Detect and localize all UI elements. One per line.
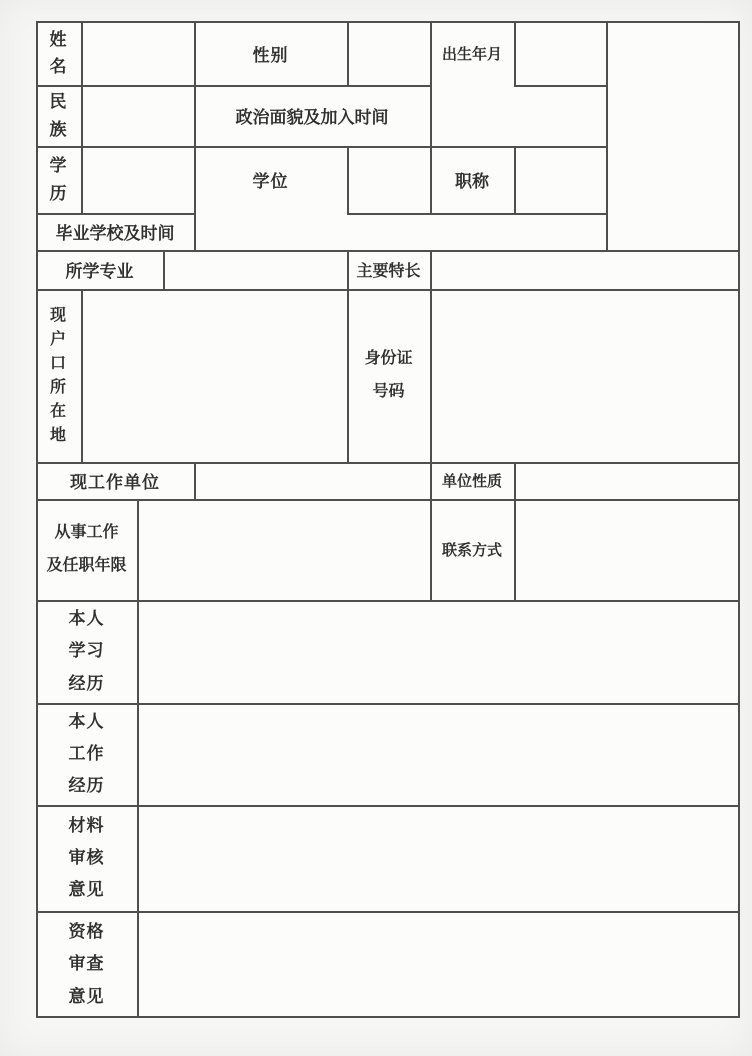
study-experience-label: 本人 学习 经历 [36,600,137,703]
birth-date-value-cell[interactable] [514,21,606,85]
employer-value-cell[interactable] [194,462,430,499]
professional-title-label: 职称 [430,146,514,213]
id-number-label: 身份证 号码 [347,289,430,462]
contact-value-cell[interactable] [514,499,740,600]
material-review-value-cell[interactable] [137,805,740,911]
graduation-school-label: 毕业学校及时间 [36,213,194,250]
education-label: 学 历 [36,146,81,213]
political-status-label: 政治面貌及加入时间 [194,85,430,146]
employer-type-value-cell[interactable] [514,462,740,499]
work-tenure-value-cell[interactable] [137,499,430,600]
specialty-value-cell[interactable] [430,250,740,289]
political-status-value-cell[interactable] [430,85,606,146]
specialty-label: 主要特长 [347,250,430,289]
gender-value-cell[interactable] [347,21,430,85]
photo-box[interactable] [606,21,740,250]
form-page: 姓 名 性别 出生年月 民 族 政治面貌及加入时间 学 历 学位 职称 毕业学校… [0,0,752,1056]
work-experience-label: 本人 工作 经历 [36,703,137,805]
qualification-review-label: 资格 审查 意见 [36,911,137,1018]
education-value-cell[interactable] [81,146,194,213]
name-value-cell[interactable] [81,21,194,85]
ethnicity-label: 民 族 [36,85,81,146]
id-number-value-cell[interactable] [430,289,740,462]
ethnicity-value-cell[interactable] [81,85,194,146]
study-experience-value-cell[interactable] [137,600,740,703]
degree-value-cell[interactable] [347,146,430,213]
major-value-cell[interactable] [163,250,347,289]
contact-label: 联系方式 [430,499,514,600]
qualification-review-value-cell[interactable] [137,911,740,1018]
degree-label: 学位 [194,146,347,213]
household-location-label: 现 户 口 所 在 地 [36,289,81,462]
major-label: 所学专业 [36,250,163,289]
graduation-school-value-cell[interactable] [194,213,606,250]
professional-title-value-cell[interactable] [514,146,606,213]
gender-label: 性别 [194,21,347,85]
name-label: 姓 名 [36,21,81,85]
personnel-form-table: 姓 名 性别 出生年月 民 族 政治面貌及加入时间 学 历 学位 职称 毕业学校… [36,21,740,1018]
employer-label: 现工作单位 [36,462,194,499]
household-location-value-cell[interactable] [81,289,347,462]
work-tenure-label: 从事工作 及任职年限 [36,499,137,600]
employer-type-label: 单位性质 [430,462,514,499]
birth-date-label: 出生年月 [430,21,514,85]
work-experience-value-cell[interactable] [137,703,740,805]
material-review-label: 材料 审核 意见 [36,805,137,911]
